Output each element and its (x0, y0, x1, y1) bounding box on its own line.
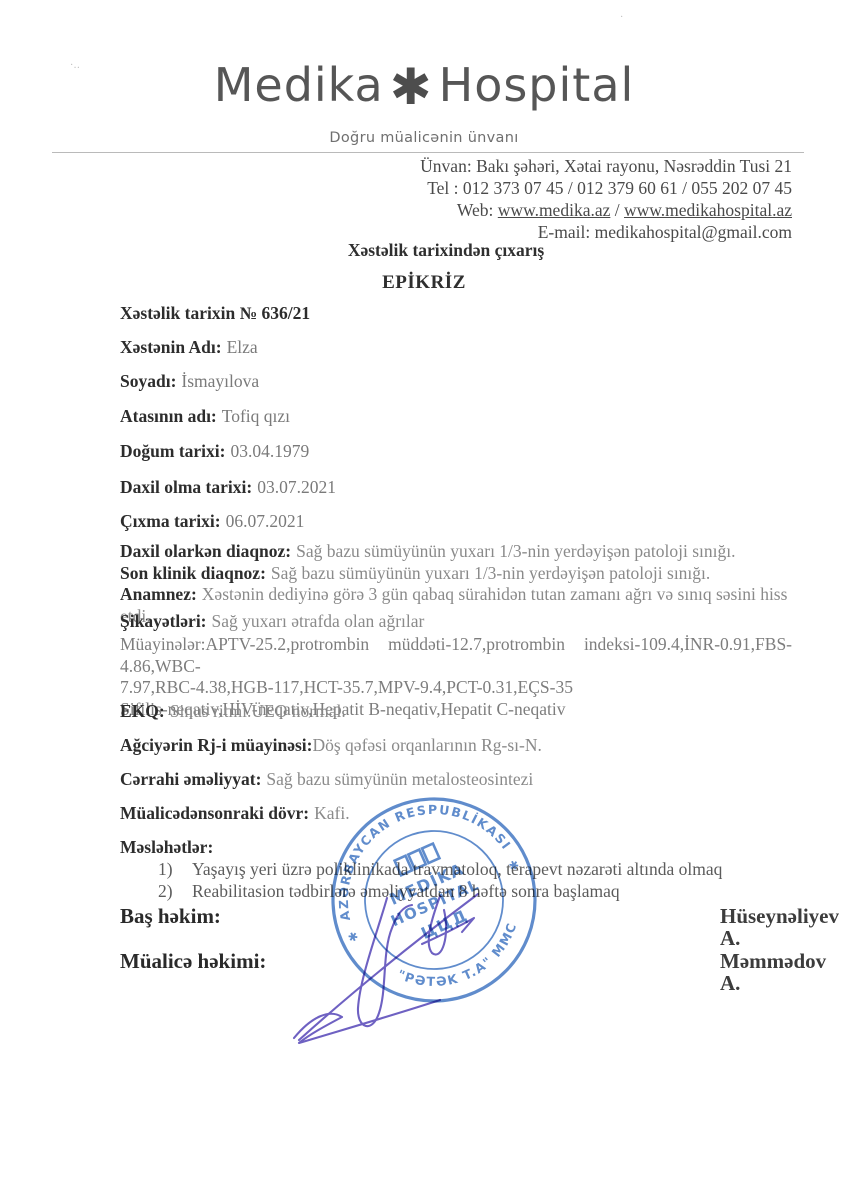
admission-diagnosis-line: Daxil olarkən diaqnoz:Sağ bazu sümüyünün… (120, 541, 792, 563)
field-label: Daxil olma tarixi: (120, 477, 252, 497)
field-value: Döş qəfəsi orqanlarının Rg-sı-N. (312, 735, 541, 755)
field-value: Sağ bazu sümüyünün yuxarı 1/3-nin yerdəy… (271, 563, 710, 583)
field-value: 03.07.2021 (257, 477, 336, 497)
field-label: Son klinik diaqnoz: (120, 563, 266, 583)
address-line: Ünvan: Bakı şəhəri, Xətai rayonu, Nəsrəd… (420, 155, 792, 177)
field-label: Soyadı: (120, 371, 176, 391)
field-value: Sağ bazu sümüyünün yuxarı 1/3-nin yerdəy… (296, 541, 735, 561)
field-row-discharge: Çıxma tarixi:06.07.2021 (120, 511, 792, 533)
field-row-birthdate: Doğum tarixi:03.04.1979 (120, 441, 792, 463)
recommendations-heading: Məsləhətlər: (120, 837, 213, 857)
field-label: Atasının adı: (120, 406, 217, 426)
web-prefix: Web: (457, 200, 494, 220)
signature-label: Baş həkim: (120, 904, 221, 928)
hospital-logo: Medika ✱ Hospital (0, 58, 848, 112)
field-label: Ağciyərin Rj-i müayinəsi: (120, 735, 312, 755)
field-row-patronymic: Atasının adı:Tofiq qızı (120, 406, 792, 428)
brand-name-right: Hospital (439, 58, 635, 112)
case-number: Xəstəlik tarixin № 636/21 (120, 303, 310, 323)
hospital-tagline: Doğru müalicənin ünvanı (0, 130, 848, 146)
star-of-life-icon: ✱ (390, 62, 433, 112)
field-row-surname: Soyadı:İsmayılova (120, 371, 792, 393)
field-row-admission: Daxil olma tarixi:03.07.2021 (120, 477, 792, 499)
signature-name: Məmmədov A. (720, 951, 826, 994)
website-link-2: www.medikahospital.az (624, 200, 792, 220)
signature-label: Müalicə həkimi: (120, 949, 266, 973)
field-label: Anamnez: (120, 584, 197, 604)
case-number-row: Xəstəlik tarixin № 636/21 (120, 303, 792, 325)
item-number: 1) (158, 859, 192, 881)
field-label: EKQ: (120, 701, 165, 721)
signature-name: Hüseynəliyev A. (720, 906, 839, 949)
field-label: Şikayətləri: (120, 611, 207, 631)
labs-line-2: 7.97,RBC-4.38,HGB-117,HCT-35.7,MPV-9.4,P… (120, 677, 792, 699)
epikriz-heading: EPİKRİZ (0, 272, 848, 294)
website-link-1: www.medika.az (498, 200, 611, 220)
field-label: Daxil olarkən diaqnoz: (120, 541, 291, 561)
brand-name-left: Medika (214, 58, 384, 112)
field-value: İsmayılova (181, 371, 259, 391)
field-label: Müalicədənsonraki dövr: (120, 803, 309, 823)
extract-heading: Xəstəlik tarixindən çıxarış (0, 240, 848, 261)
handwritten-signature (272, 848, 517, 1058)
field-label: Çıxma tarixi: (120, 511, 221, 531)
field-label: Xəstənin Adı: (120, 337, 222, 357)
field-value: 03.04.1979 (230, 441, 309, 461)
phone-line: Tel : 012 373 07 45 / 012 379 60 61 / 05… (420, 177, 792, 199)
item-number: 2) (158, 881, 192, 903)
scan-artifact: · (620, 12, 623, 23)
scanned-document-page: Medika ✱ Hospital Doğru müalicənin ünvan… (0, 0, 848, 1200)
field-row-name: Xəstənin Adı:Elza (120, 337, 792, 359)
field-value: Elza (227, 337, 258, 357)
complaints-row: Şikayətləri:Sağ yuxarı ətrafda olan ağrı… (120, 611, 792, 633)
contact-block: Ünvan: Bakı şəhəri, Xətai rayonu, Nəsrəd… (420, 155, 792, 243)
field-row-ekq: EKQ:Sinus ritmi.ÜEO normal. (120, 701, 792, 723)
field-value: 06.07.2021 (226, 511, 305, 531)
web-separator: / (615, 200, 620, 220)
email-address: medikahospital@gmail.com (595, 222, 792, 242)
header-divider (52, 152, 804, 153)
field-value: Tofiq qızı (222, 406, 290, 426)
final-diagnosis-line: Son klinik diaqnoz:Sağ bazu sümüyünün yu… (120, 563, 792, 585)
email-prefix: E-mail: (538, 222, 590, 242)
field-label: Doğum tarixi: (120, 441, 225, 461)
field-value: Sağ yuxarı ətrafda olan ağrılar (212, 611, 425, 631)
field-value: Sinus ritmi.ÜEO normal. (170, 701, 346, 721)
field-label: Cərrahi əməliyyat: (120, 769, 261, 789)
field-row-xray: Ağciyərin Rj-i müayinəsi:Döş qəfəsi orqa… (120, 735, 792, 757)
scan-artifact: ·‥ (70, 60, 80, 71)
labs-line-1: Müayinələr:APTV-25.2,protrombin müddəti-… (120, 634, 792, 677)
web-line: Web: www.medika.az / www.medikahospital.… (420, 199, 792, 221)
